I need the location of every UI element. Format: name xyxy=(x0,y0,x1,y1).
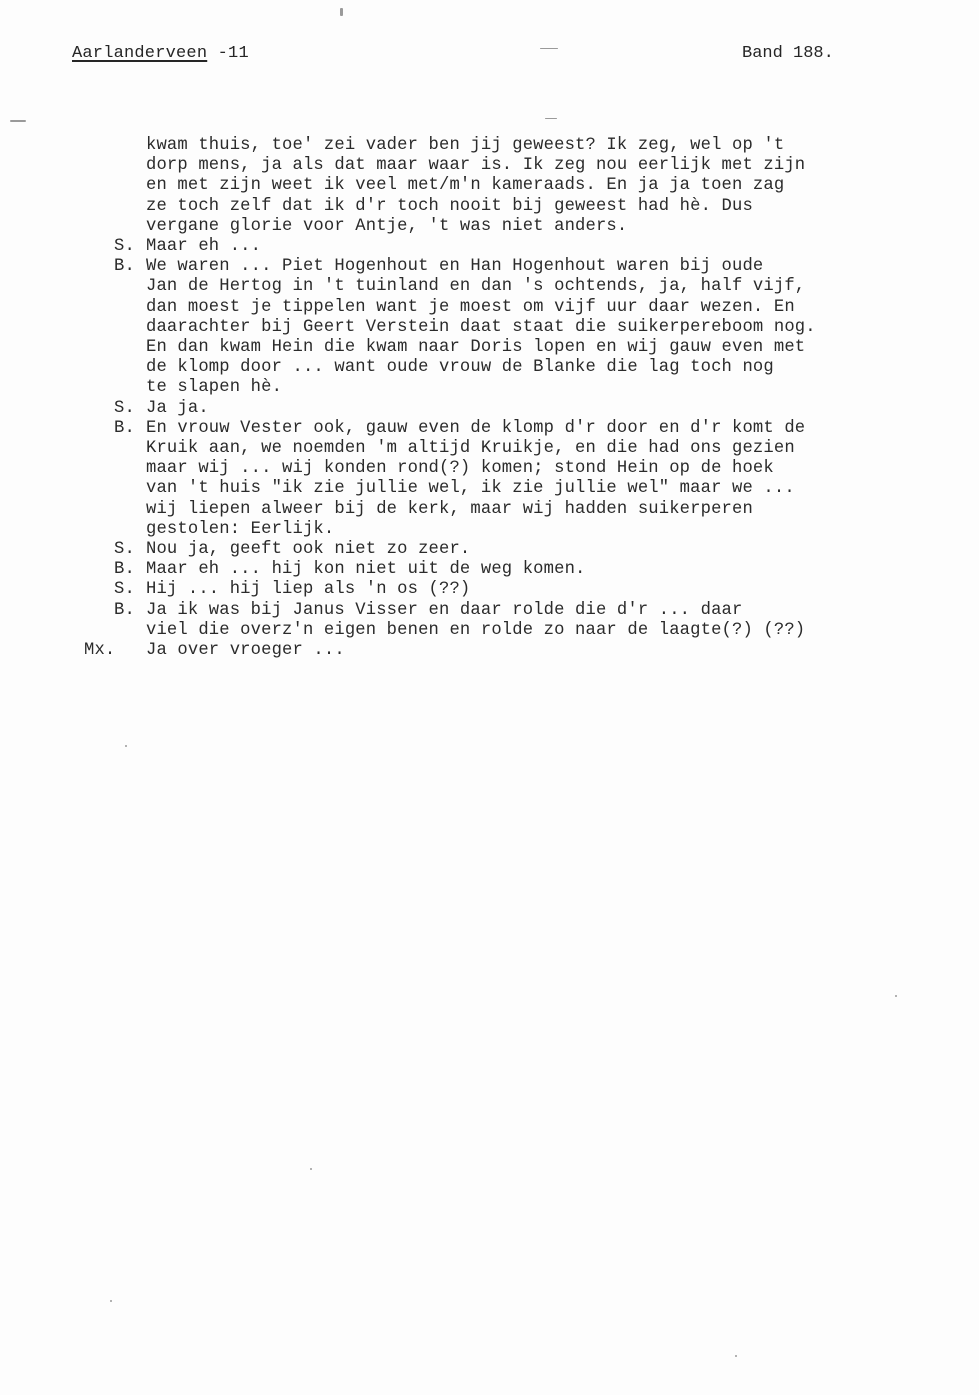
page-header-left: Aarlanderveen -11 xyxy=(72,44,249,63)
paragraph-lines: Maar eh ... xyxy=(146,237,964,257)
speaker-label: S. xyxy=(84,540,146,560)
text-line: Ja ik was bij Janus Visser en daar rolde… xyxy=(146,601,964,621)
text-line: te slapen hè. xyxy=(146,378,964,398)
place-name: Aarlanderveen xyxy=(72,44,207,63)
paragraph-lines: Ja ja. xyxy=(146,399,964,419)
speaker-label: B. xyxy=(84,601,146,621)
scan-mark xyxy=(340,8,343,16)
text-line: Ja over vroeger ... xyxy=(146,641,964,661)
paragraph-lines: Hij ... hij liep als 'n os (??) xyxy=(146,580,964,600)
scan-mark xyxy=(110,1300,112,1302)
text-line: En vrouw Vester ook, gauw even de klomp … xyxy=(146,419,964,439)
transcript-body: kwam thuis, toe' zei vader ben jij gewee… xyxy=(84,136,964,661)
scan-mark xyxy=(310,1168,312,1170)
text-line: Hij ... hij liep als 'n os (??) xyxy=(146,580,964,600)
transcript-paragraph: S.Hij ... hij liep als 'n os (??) xyxy=(84,580,964,600)
band-label: Band 188. xyxy=(742,44,834,63)
speaker-label: S. xyxy=(84,237,146,257)
text-line: Nou ja, geeft ook niet zo zeer. xyxy=(146,540,964,560)
scan-mark xyxy=(540,48,558,49)
text-line: wij liepen alweer bij de kerk, maar wij … xyxy=(146,500,964,520)
text-line: en met zijn weet ik veel met/m'n kameraa… xyxy=(146,176,964,196)
text-line: Kruik aan, we noemden 'm altijd Kruikje,… xyxy=(146,439,964,459)
text-line: kwam thuis, toe' zei vader ben jij gewee… xyxy=(146,136,964,156)
transcript-paragraph: B.En vrouw Vester ook, gauw even de klom… xyxy=(84,419,964,540)
transcript-paragraph: S.Nou ja, geeft ook niet zo zeer. xyxy=(84,540,964,560)
text-line: Maar eh ... hij kon niet uit de weg kome… xyxy=(146,560,964,580)
scan-mark xyxy=(10,120,26,122)
scan-mark xyxy=(735,1355,737,1357)
text-line: van 't huis "ik zie jullie wel, ik zie j… xyxy=(146,479,964,499)
transcript-paragraph: B.Ja ik was bij Janus Visser en daar rol… xyxy=(84,601,964,641)
transcript-paragraph: Mx.Ja over vroeger ... xyxy=(84,641,964,661)
transcript-paragraph: S.Ja ja. xyxy=(84,399,964,419)
text-line: Maar eh ... xyxy=(146,237,964,257)
paragraph-lines: We waren ... Piet Hogenhout en Han Hogen… xyxy=(146,257,964,398)
paragraph-lines: kwam thuis, toe' zei vader ben jij gewee… xyxy=(146,136,964,237)
transcript-paragraph: S.Maar eh ... xyxy=(84,237,964,257)
speaker-label: B. xyxy=(84,257,146,277)
text-line: ze toch zelf dat ik d'r toch nooit bij g… xyxy=(146,197,964,217)
speaker-label: Mx. xyxy=(84,641,146,661)
transcript-paragraph: B.Maar eh ... hij kon niet uit de weg ko… xyxy=(84,560,964,580)
text-line: maar wij ... wij konden rond(?) komen; s… xyxy=(146,459,964,479)
scan-mark xyxy=(545,118,557,119)
text-line: dorp mens, ja als dat maar waar is. Ik z… xyxy=(146,156,964,176)
paragraph-lines: Ja ik was bij Janus Visser en daar rolde… xyxy=(146,601,964,641)
text-line: gestolen: Eerlijk. xyxy=(146,520,964,540)
text-line: vergane glorie voor Antje, 't was niet a… xyxy=(146,217,964,237)
text-line: dan moest je tippelen want je moest om v… xyxy=(146,298,964,318)
paragraph-lines: Maar eh ... hij kon niet uit de weg kome… xyxy=(146,560,964,580)
scan-mark xyxy=(125,745,127,747)
paragraph-lines: En vrouw Vester ook, gauw even de klomp … xyxy=(146,419,964,540)
page-number: -11 xyxy=(207,44,249,63)
text-line: Ja ja. xyxy=(146,399,964,419)
speaker-label: B. xyxy=(84,560,146,580)
scan-mark xyxy=(895,995,897,997)
text-line: viel die overz'n eigen benen en rolde zo… xyxy=(146,621,964,641)
speaker-label: B. xyxy=(84,419,146,439)
text-line: En dan kwam Hein die kwam naar Doris lop… xyxy=(146,338,964,358)
text-line: de klomp door ... want oude vrouw de Bla… xyxy=(146,358,964,378)
text-line: Jan de Hertog in 't tuinland en dan 's o… xyxy=(146,277,964,297)
speaker-label: S. xyxy=(84,580,146,600)
transcript-paragraph: kwam thuis, toe' zei vader ben jij gewee… xyxy=(84,136,964,237)
speaker-label: S. xyxy=(84,399,146,419)
typewritten-page: Aarlanderveen -11 Band 188. kwam thuis, … xyxy=(0,0,979,1395)
transcript-paragraph: B.We waren ... Piet Hogenhout en Han Hog… xyxy=(84,257,964,398)
paragraph-lines: Ja over vroeger ... xyxy=(146,641,964,661)
text-line: daarachter bij Geert Verstein daat staat… xyxy=(146,318,964,338)
text-line: We waren ... Piet Hogenhout en Han Hogen… xyxy=(146,257,964,277)
paragraph-lines: Nou ja, geeft ook niet zo zeer. xyxy=(146,540,964,560)
